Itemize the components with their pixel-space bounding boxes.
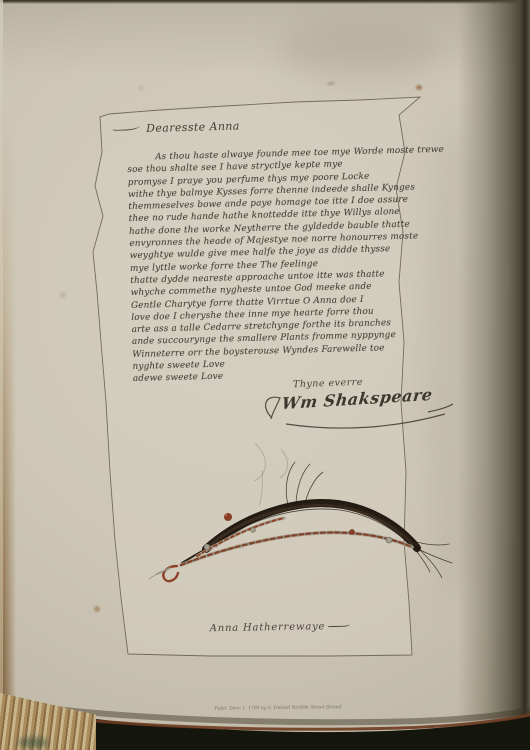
foxing-spot: [240, 545, 244, 549]
cover-glint: [18, 737, 48, 748]
pen-flourish: [112, 122, 140, 131]
foxing-spot: [60, 292, 66, 298]
paper-tonal-patch: [280, 20, 440, 80]
photographed-book-page: Dearesste Anna As thou haste alwaye foun…: [0, 0, 530, 750]
salutation-text: Dearesste Anna: [146, 119, 240, 135]
page-fore-edge-shadow: [458, 0, 530, 750]
foxing-spot: [416, 85, 422, 90]
photo-top-edge: [0, 0, 530, 4]
book-gutter-highlight: [0, 0, 3, 750]
foxing-spot: [139, 86, 143, 90]
manuscript-letter-body: As thou haste alwaye founde mee toe mye …: [127, 144, 433, 385]
foxing-spot: [94, 606, 100, 612]
pen-flourish: [328, 621, 350, 627]
caption-text: Anna Hatherrewaye: [210, 621, 326, 634]
